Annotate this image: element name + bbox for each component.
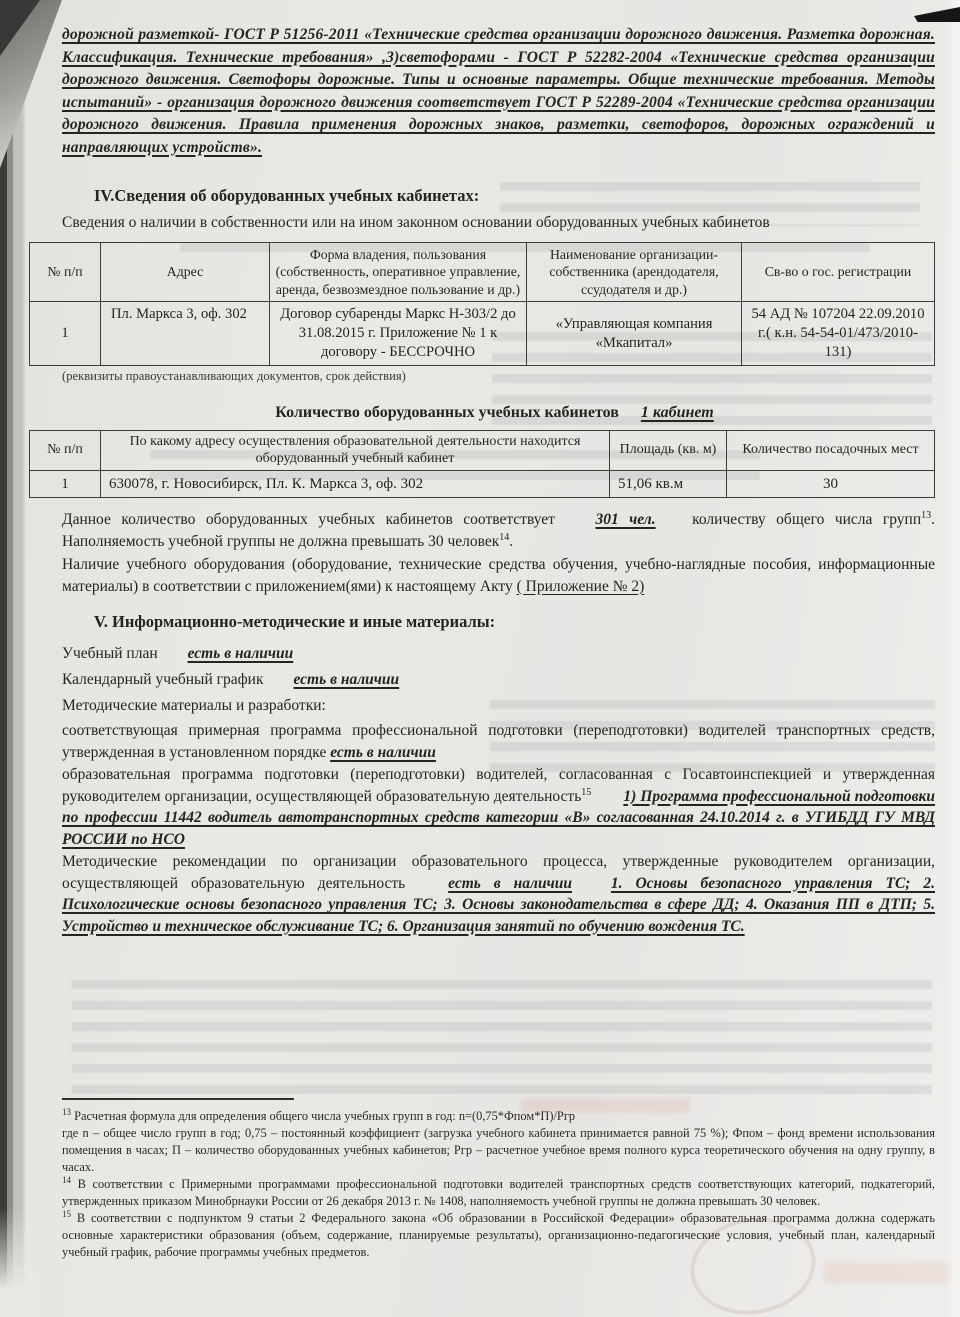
scan-artifact-top-right-wedge — [914, 7, 960, 22]
footnote-ref-13: 13 — [921, 510, 931, 521]
cell-number: 1 — [30, 302, 101, 366]
footnote-13: 13 Расчетная формула для определения общ… — [62, 1108, 935, 1176]
cell-ownership-form: Договор субаренды Маркс Н-303/2 до 31.08… — [270, 302, 527, 366]
scan-artifact-right-edge — [944, 0, 960, 1317]
sample-program-value: есть в наличии — [330, 744, 436, 761]
group-count-paragraph: Данное количество оборудованных учебных … — [62, 509, 935, 552]
cell-registration-certificate: 54 АД № 107204 22.09.2010 г.( к.н. 54-54… — [742, 302, 935, 366]
section-iv-intro: Сведения о наличии в собственности или н… — [62, 212, 935, 234]
cabinet-count-value: 1 кабинет — [633, 404, 722, 421]
cell-number: 1 — [30, 471, 101, 498]
col-address: Адрес — [101, 242, 270, 302]
col-owner-organization: Наименование организации-собственника (а… — [527, 242, 742, 302]
classroom-table-body: 1 630078, г. Новосибирск, Пл. К. Маркса … — [30, 471, 935, 498]
gost-standards-text: дорожной разметкой- ГОСТ Р 51256-2011 «Т… — [62, 26, 935, 156]
methodical-materials-label: Методические материалы и разработки: — [62, 697, 326, 714]
footnote-ref-14: 14 — [499, 531, 509, 542]
classroom-table-header: № п/п По какому адресу осуществления обр… — [30, 431, 935, 471]
scanned-document-page: дорожной разметкой- ГОСТ Р 51256-2011 «Т… — [0, 0, 960, 1317]
footnote-13-explanation: где n – общее число групп в год; 0,75 – … — [62, 1126, 935, 1174]
cabinet-count-label: Количество оборудованных учебных кабинет… — [275, 404, 619, 421]
footnote-14-text: В соответствии с Примерными программами … — [62, 1177, 935, 1208]
scan-artifact-left-edge-fade — [0, 1207, 34, 1317]
group-count-text-a: Данное количество оборудованных учебных … — [62, 511, 555, 528]
table-caption: (реквизиты правоустанавливающих документ… — [62, 369, 935, 384]
cell-area: 51,06 кв.м — [610, 471, 727, 498]
classroom-details-table: № п/п По какому адресу осуществления обр… — [29, 430, 935, 498]
ink-smudge — [824, 1262, 954, 1284]
equipment-attachment-ref: ( Приложение № 2) — [517, 578, 645, 595]
cell-activity-address: 630078, г. Новосибирск, Пл. К. Маркса 3,… — [101, 471, 610, 498]
calendar-schedule-value: есть в наличии — [264, 671, 426, 688]
footnote-ref-15: 15 — [581, 786, 591, 797]
cell-address: Пл. Маркса 3, оф. 302 — [101, 302, 270, 366]
table-row: 1 630078, г. Новосибирск, Пл. К. Маркса … — [30, 471, 935, 498]
section-v-heading: V. Информационно-методические и иные мат… — [94, 612, 935, 632]
methodical-materials-label-line: Методические материалы и разработки: — [62, 693, 935, 719]
cabinet-count-line: Количество оборудованных учебных кабинет… — [62, 404, 935, 422]
bleed-through-text — [72, 980, 932, 1105]
footnote-separator — [62, 1098, 294, 1100]
scan-artifact-corner-shadow — [0, 0, 40, 56]
premises-ownership-table: № п/п Адрес Форма владения, пользования … — [29, 242, 935, 367]
cell-owner-organization: «Управляющая компания «Мкапитал» — [527, 302, 742, 366]
group-count-text-e: . — [509, 533, 513, 550]
document-content: дорожной разметкой- ГОСТ Р 51256-2011 «Т… — [62, 24, 935, 937]
premises-table-body: 1 Пл. Маркса 3, оф. 302 Договор субаренд… — [30, 302, 935, 366]
footnote-14-marker: 14 — [62, 1175, 71, 1185]
col-area: Площадь (кв. м) — [610, 431, 727, 471]
study-plan-label: Учебный план — [62, 645, 158, 662]
table-row: 1 Пл. Маркса 3, оф. 302 Договор субаренд… — [30, 302, 935, 366]
footnote-13-formula: Расчетная формула для определения общего… — [74, 1109, 575, 1123]
cell-seats: 30 — [727, 471, 935, 498]
educational-program-paragraph: образовательная программа подготовки (пе… — [62, 764, 935, 850]
calendar-schedule-label: Календарный учебный график — [62, 671, 264, 688]
calendar-schedule-line: Календарный учебный графикесть в наличии — [62, 667, 935, 693]
footnotes-block: 13 Расчетная формула для определения общ… — [62, 1098, 935, 1261]
scan-artifact-corner-fold — [0, 0, 62, 168]
group-count-value: 301 чел. — [565, 511, 681, 528]
footnote-15-marker: 15 — [62, 1209, 71, 1219]
group-count-text-c: количеству общего числа групп — [692, 511, 921, 528]
table-header-row: № п/п По какому адресу осуществления обр… — [30, 431, 935, 471]
section-iv-heading: IV.Сведения об оборудованных учебных каб… — [94, 186, 935, 206]
sample-program-text: соответствующая примерная программа проф… — [62, 722, 935, 761]
study-plan-value: есть в наличии — [158, 645, 320, 662]
recommendations-value: есть в наличии — [418, 875, 598, 892]
col-ownership-form: Форма владения, пользования (собственнос… — [270, 242, 527, 302]
footnote-13-marker: 13 — [62, 1107, 71, 1117]
col-seats: Количество посадочных мест — [727, 431, 935, 471]
equipment-paragraph: Наличие учебного оборудования (оборудова… — [62, 554, 935, 597]
table-header-row: № п/п Адрес Форма владения, пользования … — [30, 242, 935, 302]
study-plan-line: Учебный планесть в наличии — [62, 641, 935, 667]
sample-program-paragraph: соответствующая примерная программа проф… — [62, 720, 935, 763]
equipment-text: Наличие учебного оборудования (оборудова… — [62, 556, 935, 595]
col-number: № п/п — [30, 242, 101, 302]
gost-standards-paragraph: дорожной разметкой- ГОСТ Р 51256-2011 «Т… — [62, 24, 935, 159]
col-registration-certificate: Св-во о гос. регистрации — [742, 242, 935, 302]
scan-artifact-left-edge — [0, 0, 30, 1317]
footnote-15: 15 В соответствии с подпунктом 9 статьи … — [62, 1210, 935, 1261]
col-number: № п/п — [30, 431, 101, 471]
footnote-14: 14 В соответствии с Примерными программа… — [62, 1176, 935, 1210]
col-activity-address: По какому адресу осуществления образоват… — [101, 431, 610, 471]
recommendations-paragraph: Методические рекомендации по организации… — [62, 851, 935, 937]
footnote-15-text: В соответствии с подпунктом 9 статьи 2 Ф… — [62, 1211, 935, 1259]
premises-table-header: № п/п Адрес Форма владения, пользования … — [30, 242, 935, 302]
